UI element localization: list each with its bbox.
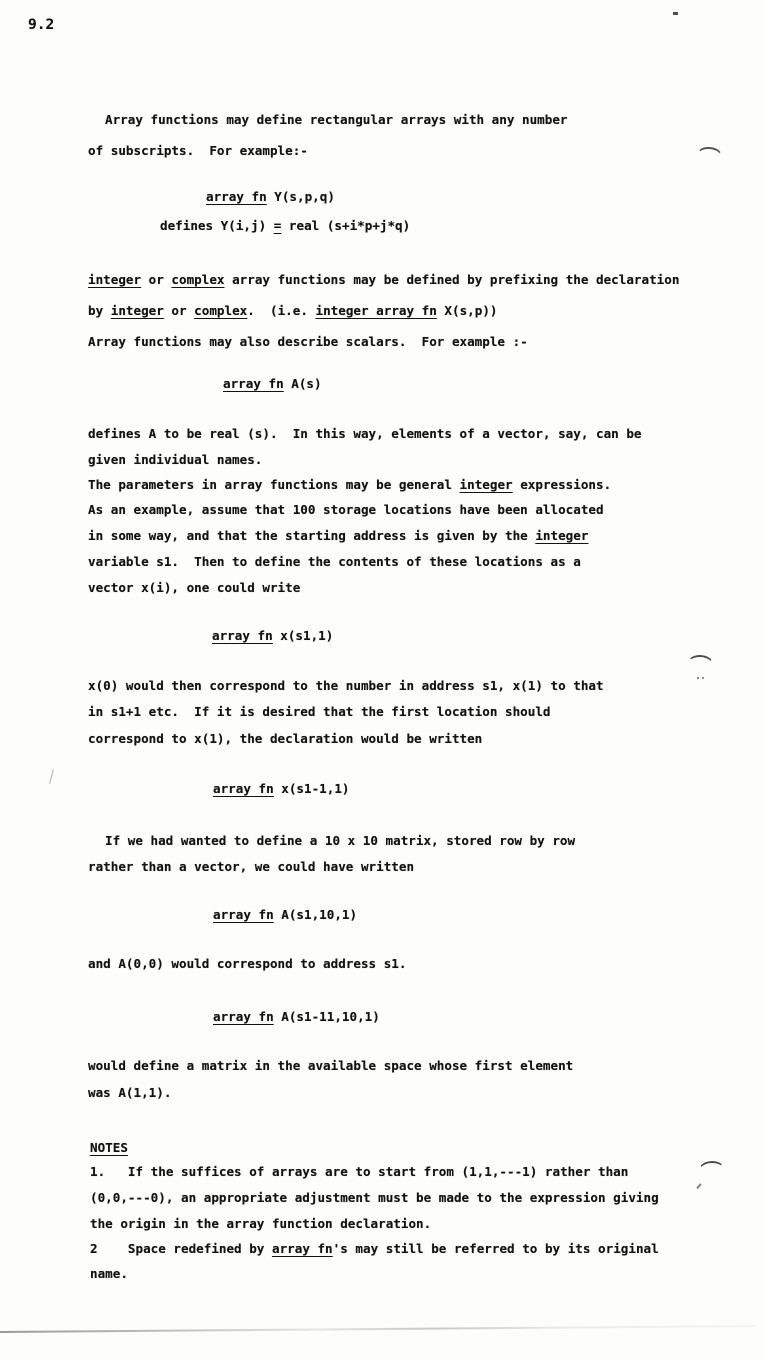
text-line: correspond to x(1), the declaration woul… [88,731,482,747]
text-line: rather than a vector, we could have writ… [88,859,414,875]
code-line: defines Y(i,j) = real (s+i*p+j*q) [160,218,410,234]
pencil-arc-mark [698,1160,724,1179]
pencil-arc-mark [696,146,723,166]
text-line: was A(1,1). [88,1085,171,1101]
code-line: array fn x(s1-1,1) [213,781,350,797]
text-line: 2 Space redefined by array fn's may stil… [90,1241,659,1257]
text-line: (0,0,---0), an appropriate adjustment mu… [90,1190,659,1206]
text-line: 1. If the suffices of arrays are to star… [90,1164,628,1180]
text-line: name. [90,1266,128,1282]
document-page: 9.2 Array functions may define rectangul… [0,0,765,1360]
text-line: The parameters in array functions may be… [88,477,611,493]
text-line: Array functions may also describe scalar… [88,334,528,350]
ink-speck [673,12,678,15]
code-line: array fn A(s1,10,1) [213,907,357,923]
text-line: in some way, and that the starting addre… [88,528,588,544]
page-number: 9.2 [28,17,54,33]
code-line: array fn x(s1,1) [212,628,333,644]
text-line: the origin in the array function declara… [90,1216,431,1232]
pencil-arc-mark [687,654,713,673]
code-line: array fn Y(s,p,q) [206,189,335,205]
notes-heading: NOTES [90,1140,128,1156]
page-edge-scan-line [0,1325,756,1333]
text-line: given individual names. [88,452,262,468]
text-line: and A(0,0) would correspond to address s… [88,956,406,972]
text-line: variable s1. Then to define the contents… [88,554,581,570]
code-line: array fn A(s1-11,10,1) [213,1009,380,1025]
text-line: Array functions may define rectangular a… [105,112,568,128]
pencil-tick-mark [696,1183,701,1189]
text-line: of subscripts. For example:- [88,143,308,159]
pencil-dot-mark [702,677,704,679]
text-line: in s1+1 etc. If it is desired that the f… [88,704,551,720]
text-line: defines A to be real (s). In this way, e… [88,426,642,442]
pencil-slash-mark [49,769,54,784]
pencil-dot-mark [697,677,699,679]
text-line: integer or complex array functions may b… [88,272,679,288]
text-line: would define a matrix in the available s… [88,1058,573,1074]
text-line: by integer or complex. (i.e. integer arr… [88,303,498,319]
text-line: vector x(i), one could write [88,580,300,596]
text-line: x(0) would then correspond to the number… [88,678,604,694]
text-line: As an example, assume that 100 storage l… [88,502,604,518]
text-line: If we had wanted to define a 10 x 10 mat… [105,833,575,849]
code-line: array fn A(s) [223,376,322,392]
